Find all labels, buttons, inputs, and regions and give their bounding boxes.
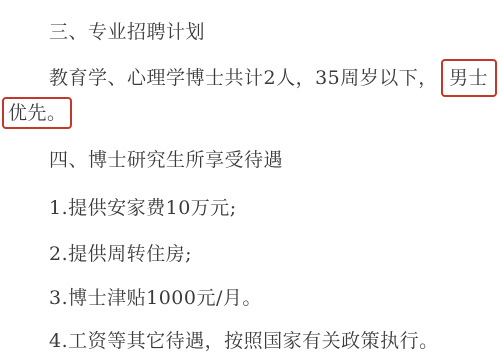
section4-heading: 四、博士研究生所享受待遇	[49, 148, 283, 172]
highlight-text-male: 男士	[449, 66, 488, 90]
benefit-item-4: 4.工资等其它待遇，按照国家有关政策执行。	[49, 329, 439, 353]
benefit-item-2: 2.提供周转住房;	[49, 242, 192, 266]
section3-heading: 三、专业招聘计划	[49, 20, 205, 44]
benefit-item-1: 1.提供安家费10万元;	[49, 196, 237, 220]
benefit-item-3: 3.博士津贴1000元/月。	[49, 286, 262, 310]
highlight-text-priority: 优先。	[8, 101, 67, 125]
section3-body-text: 教育学、心理学博士共计2人，35周岁以下，	[49, 66, 438, 90]
